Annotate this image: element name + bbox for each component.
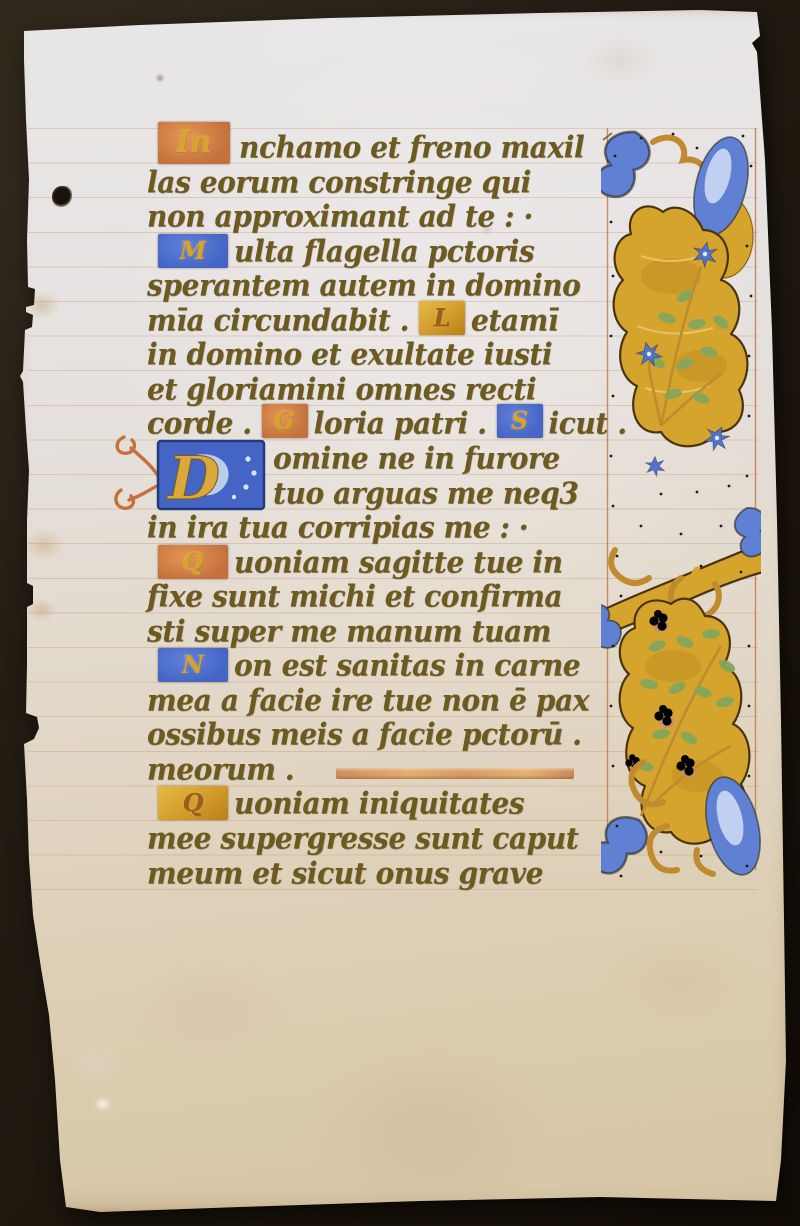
white-dot — [243, 484, 248, 489]
blue-cornflower — [645, 456, 664, 476]
manuscript-photo: Innchamo et freno maxillas eorum constri… — [0, 0, 800, 1226]
text-line: meorum . — [147, 751, 574, 786]
text-line: sti super me manum tuam — [147, 613, 551, 648]
text-line: ossibus meis a facie pctorū . — [147, 716, 581, 751]
latin-text: et gloriamini omnes recti — [147, 374, 536, 406]
gold-shading — [645, 650, 701, 682]
flower-center — [647, 352, 651, 356]
illuminated-initial-Q: Q — [158, 545, 228, 579]
line-filler-bar — [336, 768, 574, 779]
latin-text: mee supergresse sunt caput — [147, 823, 578, 855]
text-line: mea a facie ire tue non ē pax — [147, 682, 589, 717]
latin-text: sti super me manum tuam — [147, 616, 551, 648]
gold-shading — [641, 258, 701, 294]
illuminated-initial-M: M — [158, 234, 228, 268]
initial-d-art: D — [112, 429, 276, 521]
illuminated-initial-N: N — [158, 648, 228, 682]
initial-letter: Q — [183, 550, 204, 574]
latin-text: uoniam iniquitates — [234, 788, 524, 820]
initial-letter: N — [182, 653, 204, 677]
text-line: sperantem autem in domino — [147, 267, 580, 302]
initial-letter: S — [511, 409, 528, 433]
latin-text: uoniam sagitte tue in — [234, 547, 563, 579]
text-line: in domino et exultate iusti — [147, 336, 552, 371]
latin-text: ossibus meis a facie pctorū . — [147, 719, 581, 751]
initial-letter: Q — [183, 791, 204, 815]
text-line: Innchamo et freno maxil — [147, 129, 584, 164]
pen-flourish — [131, 448, 158, 476]
latin-text: meum et sicut onus grave — [147, 858, 543, 890]
white-dot — [251, 470, 256, 475]
latin-text: in domino et exultate iusti — [147, 339, 552, 371]
initial-letter: M — [180, 239, 207, 263]
latin-text: on est sanitas in carne — [234, 650, 580, 682]
illuminated-initial-D: D — [112, 429, 276, 521]
latin-text: las eorum constringe qui — [147, 167, 531, 199]
initial-letter: G — [274, 409, 295, 433]
text-line: las eorum constringe qui — [147, 164, 531, 199]
text-line: fixe sunt michi et confirma — [147, 578, 562, 613]
text-line: meum et sicut onus grave — [147, 855, 543, 890]
illuminated-initial-Q: Q — [158, 786, 228, 820]
pen-flourish — [129, 486, 157, 500]
text-line: Multa flagella pctoris — [147, 233, 534, 268]
text-line: non approximant ad te : · — [147, 198, 533, 233]
latin-text: non approximant ad te : · — [147, 201, 533, 233]
text-line: mee supergresse sunt caput — [147, 820, 578, 855]
latin-text: omine ne in furore — [273, 443, 560, 475]
text-line: et gloriamini omnes recti — [147, 371, 536, 406]
latin-text: tuo arguas me neq3 — [273, 478, 578, 510]
acanthus-leaf — [729, 503, 761, 559]
text-line: Non est sanitas in carne — [147, 647, 580, 682]
white-dot — [232, 495, 236, 499]
text-line: mīa circundabit .Letamī — [147, 302, 558, 337]
latin-text: loria patri . — [314, 408, 487, 440]
illuminated-initial-In: In — [158, 122, 230, 164]
white-dot — [245, 456, 250, 461]
big-initial-letter: D — [166, 444, 220, 514]
latin-text: fixe sunt michi et confirma — [147, 581, 562, 613]
flower-center — [715, 436, 719, 440]
initial-letter: L — [433, 306, 450, 330]
latin-text: meorum . — [147, 754, 294, 786]
latin-text: etamī — [471, 305, 558, 337]
latin-text: sperantem autem in domino — [147, 270, 580, 302]
illuminated-initial-S: S — [497, 404, 543, 438]
illuminated-border — [601, 126, 761, 888]
latin-text: mīa circundabit . — [147, 305, 409, 337]
text-line: Quoniam sagitte tue in — [147, 544, 563, 579]
flower-center — [703, 252, 707, 256]
leaf-wrapper: Innchamo et freno maxillas eorum constri… — [0, 0, 800, 1226]
acanthus-leaf — [601, 126, 653, 202]
vellum-leaf: Innchamo et freno maxillas eorum constri… — [0, 0, 800, 1226]
latin-text: ulta flagella pctoris — [234, 236, 534, 268]
illuminated-initial-L: L — [419, 301, 465, 335]
gold-curl — [696, 850, 713, 874]
text-line: Quoniam iniquitates — [147, 785, 524, 820]
latin-text: nchamo et freno maxil — [239, 132, 584, 164]
initial-letter: In — [176, 128, 212, 158]
latin-text: mea a facie ire tue non ē pax — [147, 685, 589, 717]
